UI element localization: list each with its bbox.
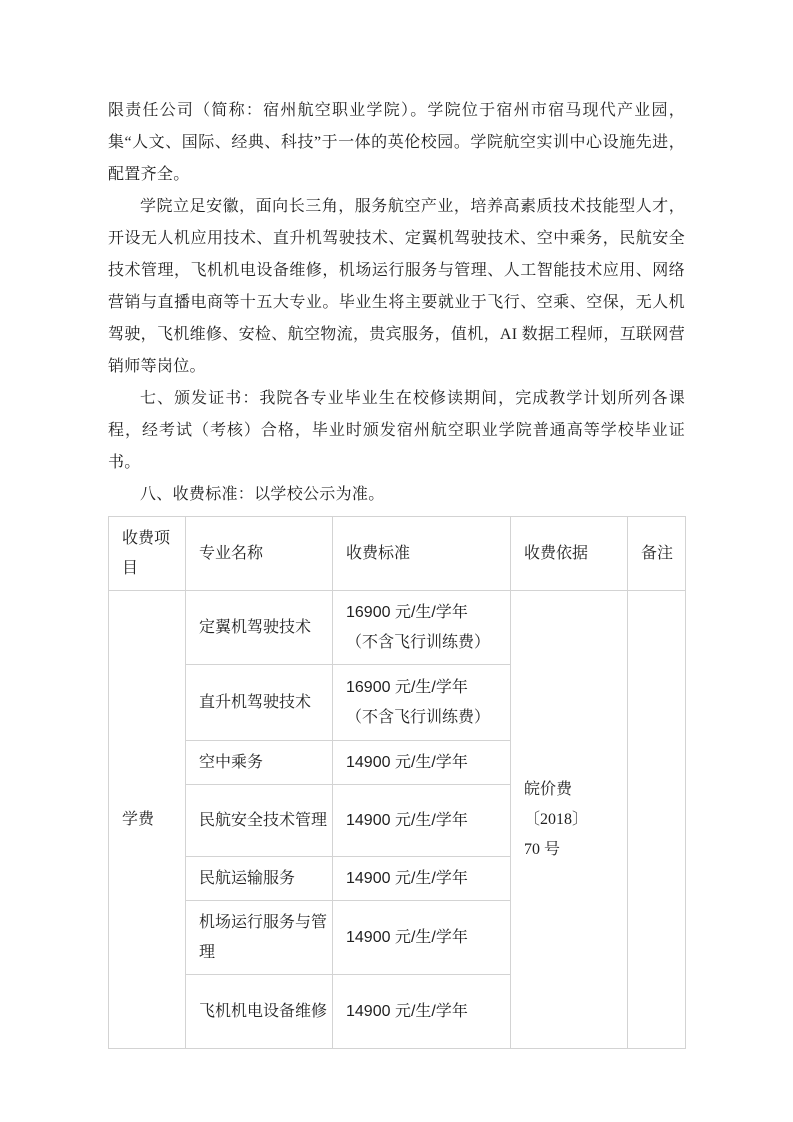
fee-amount: 14900 元/生/学年 [346, 997, 506, 1027]
fee-amount: 16900 元/生/学年 [346, 673, 506, 703]
fee-cell: 14900 元/生/学年 [333, 901, 511, 975]
fee-note: （不含飞行训练费） [346, 628, 506, 658]
document-page: 限责任公司（简称：宿州航空职业学院）。学院位于宿州市宿马现代产业园，集“人文、国… [0, 0, 793, 1122]
major-cell: 机场运行服务与管理 [186, 901, 333, 975]
fee-basis-line: 皖价费〔2018〕 [524, 775, 623, 835]
fee-amount: 14900 元/生/学年 [346, 864, 506, 894]
header-charge-item: 收费项目 [109, 517, 186, 591]
fees-table: 收费项目 专业名称 收费标准 收费依据 备注 学费 定翼机驾驶技术 16900 … [108, 516, 686, 1049]
major-cell: 民航安全技术管理 [186, 785, 333, 857]
major-cell: 定翼机驾驶技术 [186, 591, 333, 665]
fee-cell: 14900 元/生/学年 [333, 857, 511, 901]
major-cell: 民航运输服务 [186, 857, 333, 901]
table-row: 学费 定翼机驾驶技术 16900 元/生/学年 （不含飞行训练费） 皖价费〔20… [109, 591, 686, 665]
fee-cell: 14900 元/生/学年 [333, 741, 511, 785]
paragraph-certificate: 七、颁发证书：我院各专业毕业生在校修读期间，完成教学计划所列各课程，经考试（考核… [108, 383, 685, 479]
fee-amount: 16900 元/生/学年 [346, 598, 506, 628]
header-charge-basis: 收费依据 [511, 517, 628, 591]
fee-cell: 14900 元/生/学年 [333, 975, 511, 1049]
fee-cell: 14900 元/生/学年 [333, 785, 511, 857]
paragraph-fee-standard: 八、收费标准：以学校公示为准。 [108, 479, 685, 511]
major-cell: 飞机机电设备维修 [186, 975, 333, 1049]
fee-basis-cell: 皖价费〔2018〕 70 号 [511, 591, 628, 1049]
major-cell: 直升机驾驶技术 [186, 665, 333, 741]
table-header-row: 收费项目 专业名称 收费标准 收费依据 备注 [109, 517, 686, 591]
fee-note: （不含飞行训练费） [346, 703, 506, 733]
fee-cell: 16900 元/生/学年 （不含飞行训练费） [333, 665, 511, 741]
fee-amount: 14900 元/生/学年 [346, 923, 506, 953]
fee-cell: 16900 元/生/学年 （不含飞行训练费） [333, 591, 511, 665]
fee-basis-line: 70 号 [524, 835, 623, 865]
header-charge-standard: 收费标准 [333, 517, 511, 591]
header-remark: 备注 [628, 517, 686, 591]
paragraph-majors: 学院立足安徽，面向长三角，服务航空产业，培养高素质技术技能型人才，开设无人机应用… [108, 191, 685, 383]
paragraph-intro: 限责任公司（简称：宿州航空职业学院）。学院位于宿州市宿马现代产业园，集“人文、国… [108, 95, 685, 191]
header-major-name: 专业名称 [186, 517, 333, 591]
fee-amount: 14900 元/生/学年 [346, 748, 506, 778]
remark-cell [628, 591, 686, 1049]
major-cell: 空中乘务 [186, 741, 333, 785]
document-content: 限责任公司（简称：宿州航空职业学院）。学院位于宿州市宿马现代产业园，集“人文、国… [108, 95, 685, 1049]
fee-amount: 14900 元/生/学年 [346, 806, 506, 836]
fee-item-cell: 学费 [109, 591, 186, 1049]
